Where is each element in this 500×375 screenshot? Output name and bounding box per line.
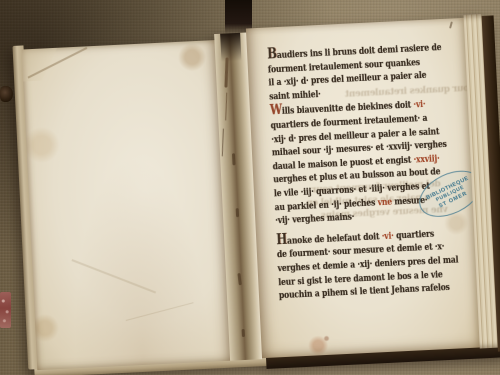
binding-stitch: [232, 153, 236, 165]
script-segment: ·xxviij·: [413, 153, 440, 165]
script-segment: vne: [377, 196, 392, 208]
gutter-shadow: [220, 33, 241, 62]
text-block: Baudiers ins li bruns doit demi rasiere …: [267, 38, 479, 303]
illuminated-initial: H: [276, 231, 288, 249]
parchment-crease: [72, 259, 156, 293]
script-segment: saint mihiel·: [269, 89, 321, 102]
clasp-fitting: [0, 86, 13, 102]
paragraph: Hanoke de helefaut doit ·vi· quartiersde…: [276, 223, 479, 303]
left-blank-page: [22, 40, 230, 370]
sewing-thread: [224, 57, 228, 87]
paragraph: Baudiers ins li bruns doit demi rasiere …: [267, 38, 470, 104]
script-segment: quartiers: [393, 228, 434, 241]
binding-stitch: [237, 273, 241, 285]
illuminated-initial: W: [270, 102, 283, 119]
right-text-page: sour quankes iretaulementdel meilleur fo…: [246, 18, 480, 358]
manuscript-photograph: { "colors":{ "ink":"#362a1e", "rubric_re…: [0, 0, 500, 375]
parchment-crease: [126, 302, 194, 321]
binding-stitch: [242, 329, 245, 337]
script-segment: ·vi·: [382, 230, 394, 242]
script-segment: ·vij· verghes mains·: [275, 212, 354, 227]
binding-stitch: [236, 208, 239, 217]
open-manuscript-book: sour quankes iretaulementdel meilleur fo…: [12, 16, 500, 371]
script-segment: ·vi·: [413, 99, 425, 111]
illuminated-initial: B: [267, 45, 277, 62]
leather-strap: [0, 292, 11, 328]
